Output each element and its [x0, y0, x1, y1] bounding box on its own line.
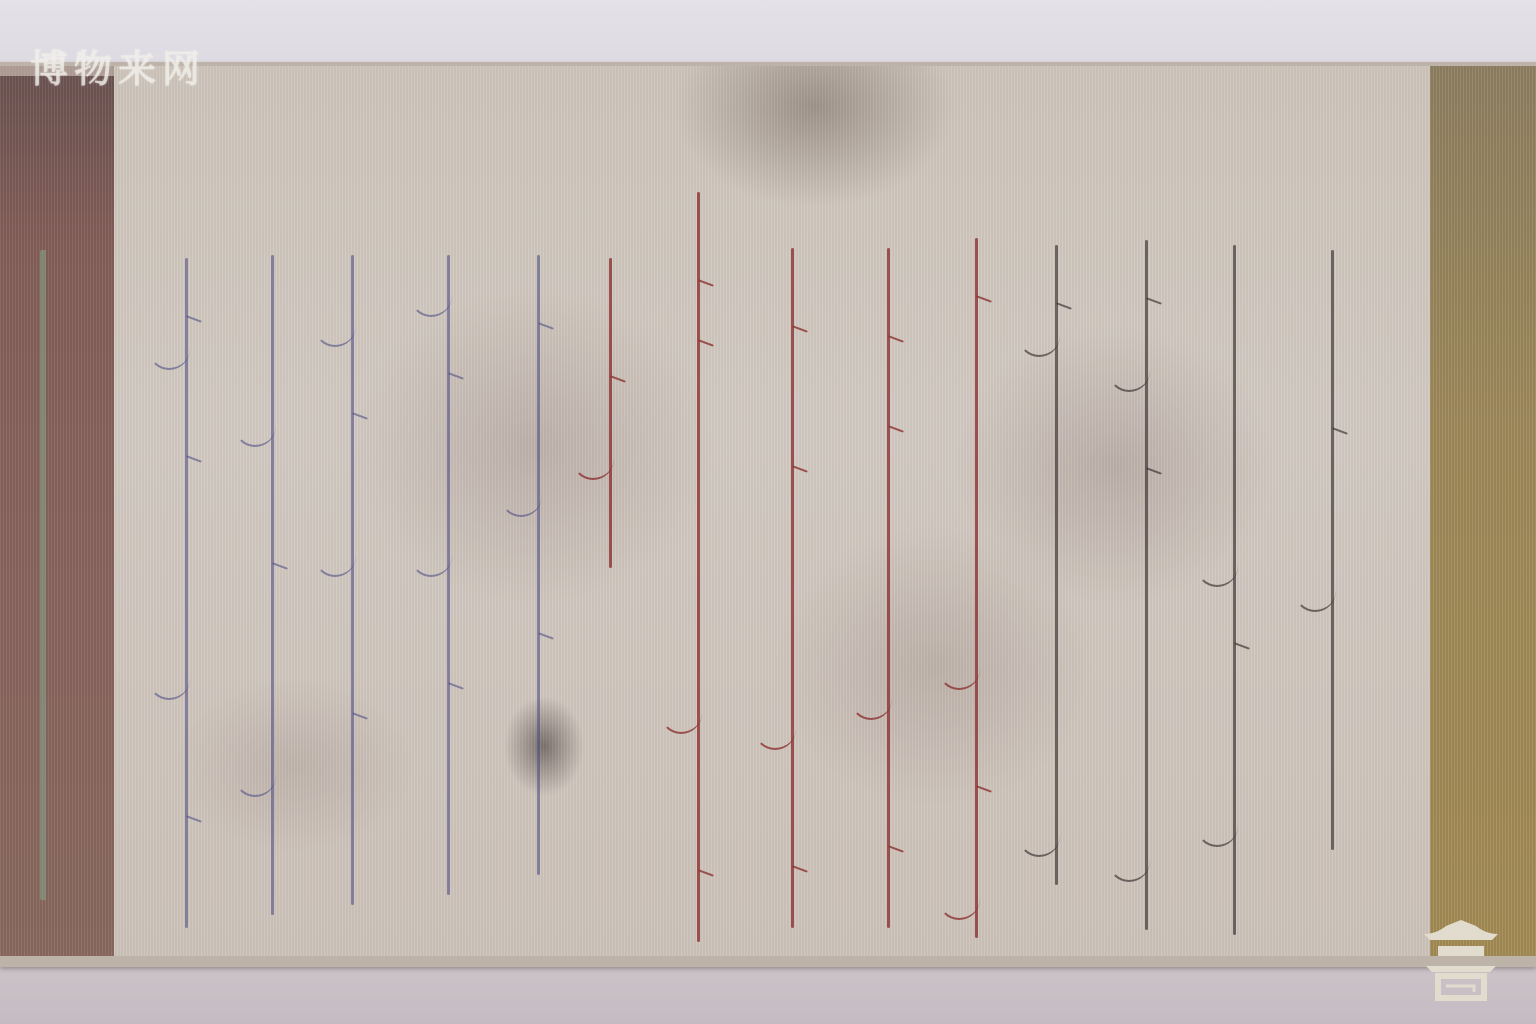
scroll-right-border: [1430, 66, 1536, 956]
script-column-red: [878, 248, 900, 928]
script-column-black: [1224, 245, 1246, 935]
script-column-black: [1322, 250, 1344, 850]
watermark-text: 博物来网: [30, 38, 206, 93]
script-column-blue: [438, 255, 460, 895]
pavilion-logo-icon: [1416, 912, 1506, 1002]
background-top: [0, 0, 1536, 66]
script-column-blue: [262, 255, 284, 915]
left-border-green-script: [40, 250, 62, 900]
script-column-blue: [342, 255, 364, 905]
script-column-black: [1136, 240, 1158, 930]
script-column-blue: [176, 258, 198, 928]
script-column-black: [1046, 245, 1068, 885]
script-column-red: [782, 248, 804, 928]
background-bottom: [0, 965, 1536, 1024]
script-column-blue: [528, 255, 550, 875]
script-column-red: [688, 192, 710, 942]
script-column-red: [600, 258, 622, 568]
script-column-red: [966, 238, 988, 938]
